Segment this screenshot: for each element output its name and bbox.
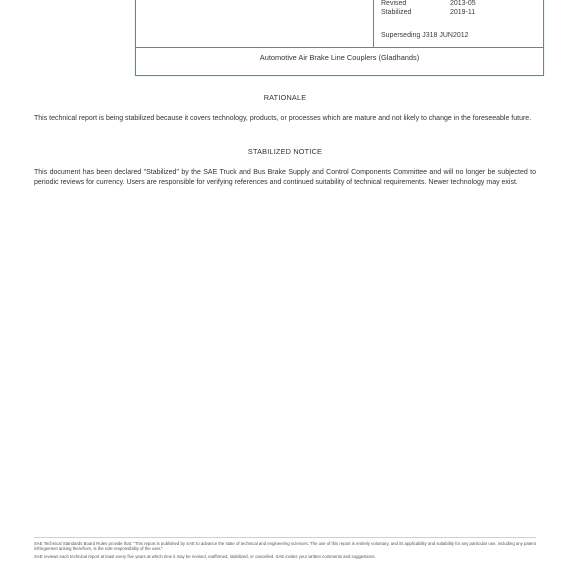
rationale-body: This technical report is being stabilize… <box>34 114 536 124</box>
footer-divider <box>34 537 536 538</box>
meta-revised-label: Revised <box>381 0 450 7</box>
header-divider <box>136 47 543 48</box>
stabilized-notice-body: This document has been declared "Stabili… <box>34 168 536 187</box>
footer-paragraph-rules: SAE Technical Standards Board Rules prov… <box>34 541 536 552</box>
header-left-cell <box>136 0 374 47</box>
document-title: Automotive Air Brake Line Couplers (Glad… <box>136 53 543 62</box>
meta-stabilized-label: Stabilized <box>381 9 450 16</box>
document-header-box: Revised2013-05 Stabilized2019-11 Superse… <box>135 0 544 76</box>
header-meta-cell: Revised2013-05 Stabilized2019-11 Superse… <box>374 0 543 47</box>
rationale-heading: RATIONALE <box>0 93 570 102</box>
meta-revised: Revised2013-05 <box>381 0 476 7</box>
meta-revised-value: 2013-05 <box>450 0 476 7</box>
footer-paragraph-review: SAE reviews each technical report at lea… <box>34 554 536 559</box>
meta-stabilized: Stabilized2019-11 <box>381 9 475 16</box>
meta-superseding: Superseding J318 JUN2012 <box>381 32 469 39</box>
stabilized-notice-heading: STABILIZED NOTICE <box>0 147 570 156</box>
meta-stabilized-value: 2019-11 <box>450 9 475 16</box>
